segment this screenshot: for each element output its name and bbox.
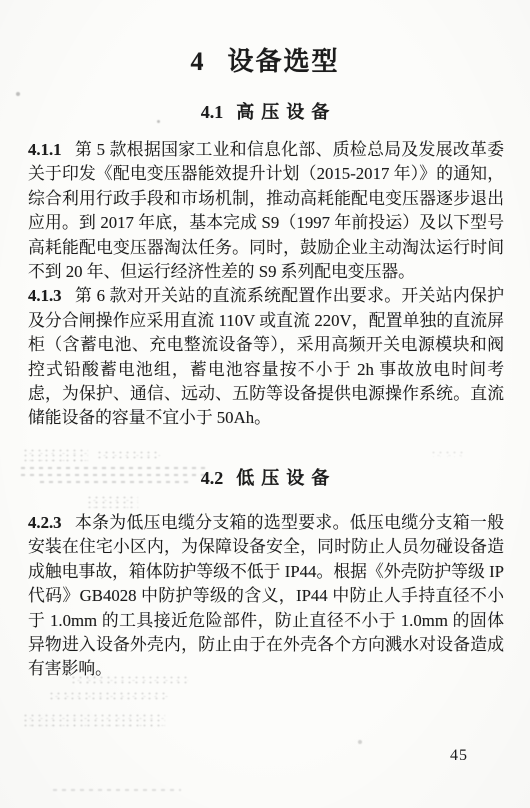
paragraph-text: 第 5 款根据国家工业和信息化部、质检总局及发展改革委关于印发《配电变压器能效提… [28,140,504,281]
section-number: 4.2 [201,468,224,488]
section-4-2-body: 4.2.3本条为低压电缆分支箱的选型要求。低压电缆分支箱一般安装在住宅小区内，为… [28,511,504,682]
bleed-through-artifact [430,450,464,457]
paragraph-number: 4.2.3 [28,513,62,532]
section-heading-4-1: 4.1高压设备 [0,98,530,124]
page-number: 45 [450,747,468,765]
bleed-through-artifact [48,691,168,702]
paragraph-number: 4.1.1 [28,140,62,159]
bleed-through-artifact [53,789,181,791]
section-title-text: 高压设备 [236,102,336,122]
paragraph-4-1-3: 4.1.3第 6 款对开关站的直流系统配置作出要求。开关站内保护及分合闸操作应采… [28,284,504,430]
scanned-document-page: 4设备选型 4.1高压设备 4.1.1第 5 款根据国家工业和信息化部、质检总局… [0,0,530,808]
bleed-through-artifact [22,713,165,728]
section-heading-4-2: 4.2低压设备 [0,464,530,490]
paragraph-number: 4.1.3 [28,286,62,305]
section-title-text: 低压设备 [236,468,336,488]
section-4-1-body: 4.1.1第 5 款根据国家工业和信息化部、质检总局及发展改革委关于印发《配电变… [28,138,504,431]
scan-speck [16,92,20,96]
bleed-through-artifact [86,495,138,508]
chapter-title-text: 设备选型 [227,47,339,76]
paragraph-4-2-3: 4.2.3本条为低压电缆分支箱的选型要求。低压电缆分支箱一般安装在住宅小区内，为… [28,511,504,682]
chapter-number: 4 [190,47,203,76]
bleed-through-artifact [22,448,88,463]
section-number: 4.1 [201,102,224,122]
bleed-through-artifact [96,450,160,460]
paragraph-4-1-1: 4.1.1第 5 款根据国家工业和信息化部、质检总局及发展改革委关于印发《配电变… [28,138,504,284]
paragraph-text: 本条为低压电缆分支箱的选型要求。低压电缆分支箱一般安装在住宅小区内，为保障设备安… [28,513,504,678]
scan-speck [358,740,362,744]
chapter-title: 4设备选型 [0,41,530,78]
paragraph-text: 第 6 款对开关站的直流系统配置作出要求。开关站内保护及分合闸操作应采用直流 1… [28,286,504,427]
